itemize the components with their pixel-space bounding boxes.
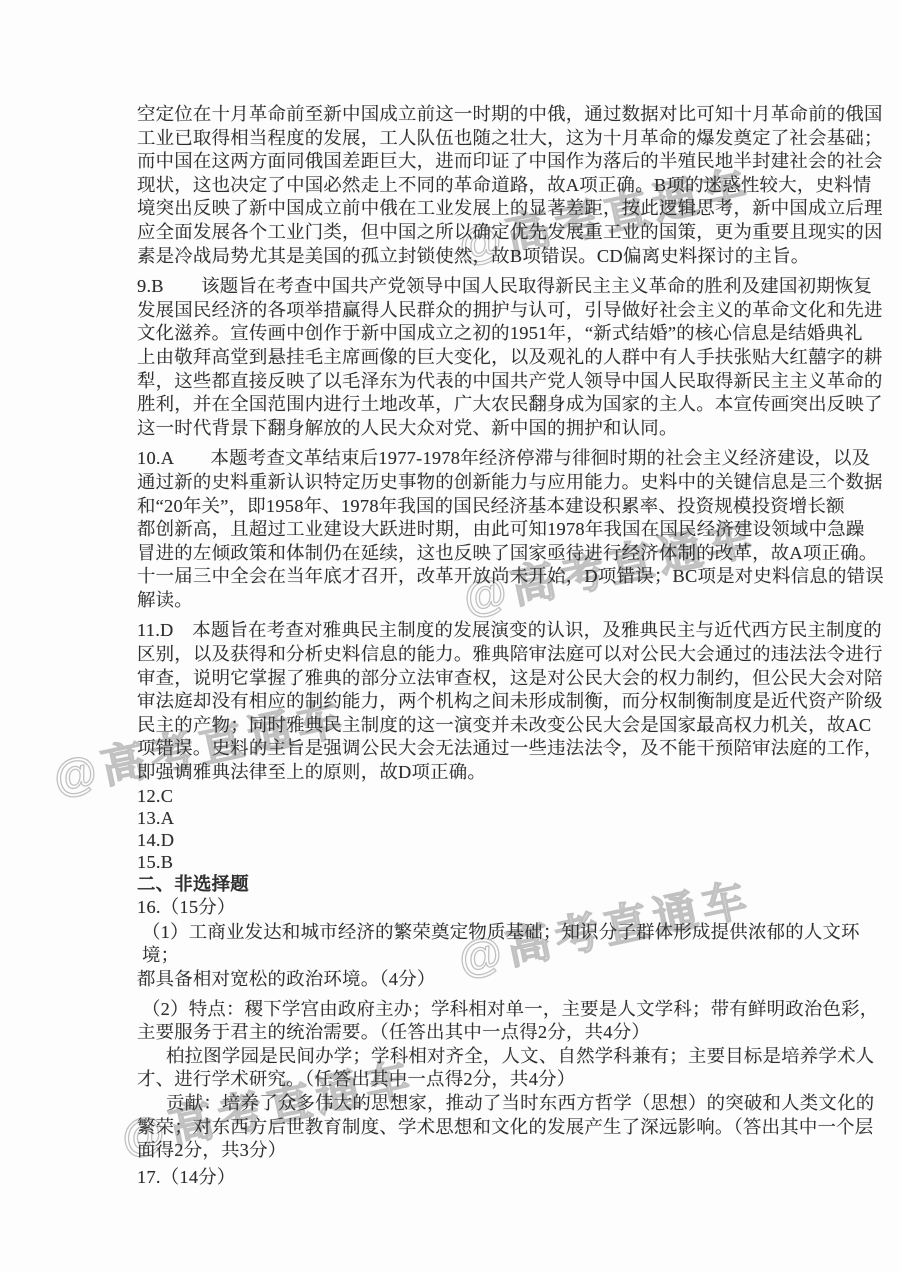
answer-line: 13.A	[137, 807, 885, 829]
text-line: 项错误。史料的主旨是强调公民大会无法通过一些违法法令，及不能干预陪审法庭的工作，	[137, 737, 885, 761]
text-line: 面得2分，共3分）	[137, 1139, 885, 1163]
text-block: 10.A 本题考查文革结束后1977-1978年经济停滞与徘徊时期的社会主义经济…	[137, 447, 885, 612]
answer-line: 15.B	[137, 851, 885, 873]
text-line: 审法庭却没有相应的制约能力，两个机构之间未形成制衡，而分权制衡制度是近代资产阶级	[137, 690, 885, 714]
text-line: 冒进的左倾政策和体制仍在延续，这也反映了国家亟待进行经济体制的改革，故A项正确。	[137, 542, 885, 566]
text-line: 和“20年关”，即1958年、1978年我国的国民经济基本建设积累率、投资规模投…	[137, 495, 885, 519]
text-line: 这一时代背景下翻身解放的人民大众对党、新中国的拥护和认同。	[137, 417, 885, 441]
text-block: （1）工商业发达和城市经济的繁荣奠定物质基础；知识分子群体形成提供浓郁的人文环境…	[137, 921, 885, 992]
text-line: 区别，以及获得和分析史料信息的能力。雅典陪审法庭可以对公民大会通过的违法法令进行	[137, 643, 885, 667]
text-line: 才、进行学术研究。（任答出其中一点得2分，共4分）	[137, 1068, 885, 1092]
section-heading: 二、非选择题	[137, 873, 885, 895]
text-line: 都具备相对宽松的政治环境。（4分）	[137, 968, 885, 992]
text-line: 发展国民经济的各项举措赢得人民群众的拥护与认可，引导做好社会主义的革命文化和先进	[137, 299, 885, 323]
text-line: 审查，说明它掌握了雅典的部分立法审查权，这是对公民大会的权力制约，但公民大会对陪	[137, 667, 885, 691]
text-line: 柏拉图学园是民间办学；学科相对齐全，人文、自然学科兼有；主要目标是培养学术人	[137, 1045, 885, 1069]
text-line: 即强调雅典法律至上的原则，故D项正确。	[137, 761, 885, 785]
text-line: 上由敬拜高堂到悬挂毛主席画像的巨大变化，以及观礼的人群中有人手扶张贴大红囍字的耕	[137, 346, 885, 370]
text-line: 素是冷战局势尤其是美国的孤立封锁使然，故B项错误。CD偏离史料探讨的主旨。	[137, 245, 885, 269]
text-line: 10.A 本题考查文革结束后1977-1978年经济停滞与徘徊时期的社会主义经济…	[137, 447, 885, 471]
text-line: （2）特点：稷下学宫由政府主办；学科相对单一，主要是人文学科；带有鲜明政治色彩，	[137, 998, 885, 1022]
text-block: 17.（14分）	[137, 1166, 885, 1188]
text-block: 9.B 该题旨在考查中国共产党领导中国人民取得新民主主义革命的胜利及建国初期恢复…	[137, 275, 885, 440]
answer-line: 12.C	[137, 785, 885, 807]
text-line: 十一届三中全会在当年底才召开，改革开放尚未开始，D项错误；BC项是对史料信息的错…	[137, 565, 885, 589]
text-line: 工业已取得相当程度的发展，工人队伍也随之壮大，这为十月革命的爆发奠定了社会基础；	[137, 127, 885, 151]
text-block: 二、非选择题	[137, 873, 885, 895]
text-line: 9.B 该题旨在考查中国共产党领导中国人民取得新民主主义革命的胜利及建国初期恢复	[137, 275, 885, 299]
text-line: 犁，这些都直接反映了以毛泽东为代表的中国共产党人领导中国人民取得新民主主义革命的	[137, 370, 885, 394]
text-line: 解读。	[137, 589, 885, 613]
text-line: 空定位在十月革命前至新中国成立前这一时期的中俄，通过数据对比可知十月革命前的俄国	[137, 103, 885, 127]
text-line: 而中国在这两方面同俄国差距巨大，进而印证了中国作为落后的半殖民地半封建社会的社会	[137, 150, 885, 174]
text-line: 都创新高，且超过工业建设大跃进时期，由此可知1978年我国在国民经济建设领域中急…	[137, 518, 885, 542]
text-line: 繁荣；对东西方后世教育制度、学术思想和文化的发展产生了深远影响。（答出其中一个层	[137, 1116, 885, 1140]
answer-line: 17.（14分）	[137, 1166, 885, 1188]
text-block: 11.D 本题旨在考查对雅典民主制度的发展演变的认识，及雅典民主与近代西方民主制…	[137, 619, 885, 784]
answer-line: 14.D	[137, 829, 885, 851]
text-line: 现状，这也决定了中国必然走上不同的革命道路，故A项正确。B项的迷惑性较大，史料情	[137, 174, 885, 198]
text-line: 文化滋养。宣传画中创作于新中国成立之初的1951年，“新式结婚”的核心信息是结婚…	[137, 322, 885, 346]
text-line: 应全面发展各个工业门类，但中国之所以确定优先发展重工业的国策，更为重要且现实的因	[137, 221, 885, 245]
answer-text-column: 空定位在十月革命前至新中国成立前这一时期的中俄，通过数据对比可知十月革命前的俄国…	[137, 103, 885, 1188]
text-block: 12.C13.A14.D15.B	[137, 785, 885, 874]
exam-answer-sheet-scan: @高考直通车@高考直通车@高考直通车@高考直通车@高考直通车 空定位在十月革命前…	[0, 0, 900, 1272]
answer-line: 16.（15分）	[137, 896, 885, 918]
text-line: 贡献：培养了众多伟大的思想家，推动了当时东西方哲学（思想）的突破和人类文化的	[137, 1092, 885, 1116]
text-line: 民主的产物；同时雅典民主制度的这一演变并未改变公民大会是国家最高权力机关，故AC	[137, 714, 885, 738]
text-line: （1）工商业发达和城市经济的繁荣奠定物质基础；知识分子群体形成提供浓郁的人文环境…	[137, 921, 885, 968]
text-line: 通过新的史料重新认识特定历史事物的创新能力与应用能力。史料中的关键信息是三个数据	[137, 471, 885, 495]
text-line: 境突出反映了新中国成立前中俄在工业发展上的显著差距，按此逻辑思考，新中国成立后理	[137, 197, 885, 221]
text-line: 主要服务于君主的统治需要。（任答出其中一点得2分，共4分）	[137, 1021, 885, 1045]
text-block: 空定位在十月革命前至新中国成立前这一时期的中俄，通过数据对比可知十月革命前的俄国…	[137, 103, 885, 268]
text-block: （2）特点：稷下学宫由政府主办；学科相对单一，主要是人文学科；带有鲜明政治色彩，…	[137, 998, 885, 1163]
text-block: 16.（15分）	[137, 896, 885, 918]
text-line: 11.D 本题旨在考查对雅典民主制度的发展演变的认识，及雅典民主与近代西方民主制…	[137, 619, 885, 643]
text-line: 胜利，并在全国范围内进行土地改革，广大农民翻身成为国家的主人。本宣传画突出反映了	[137, 393, 885, 417]
